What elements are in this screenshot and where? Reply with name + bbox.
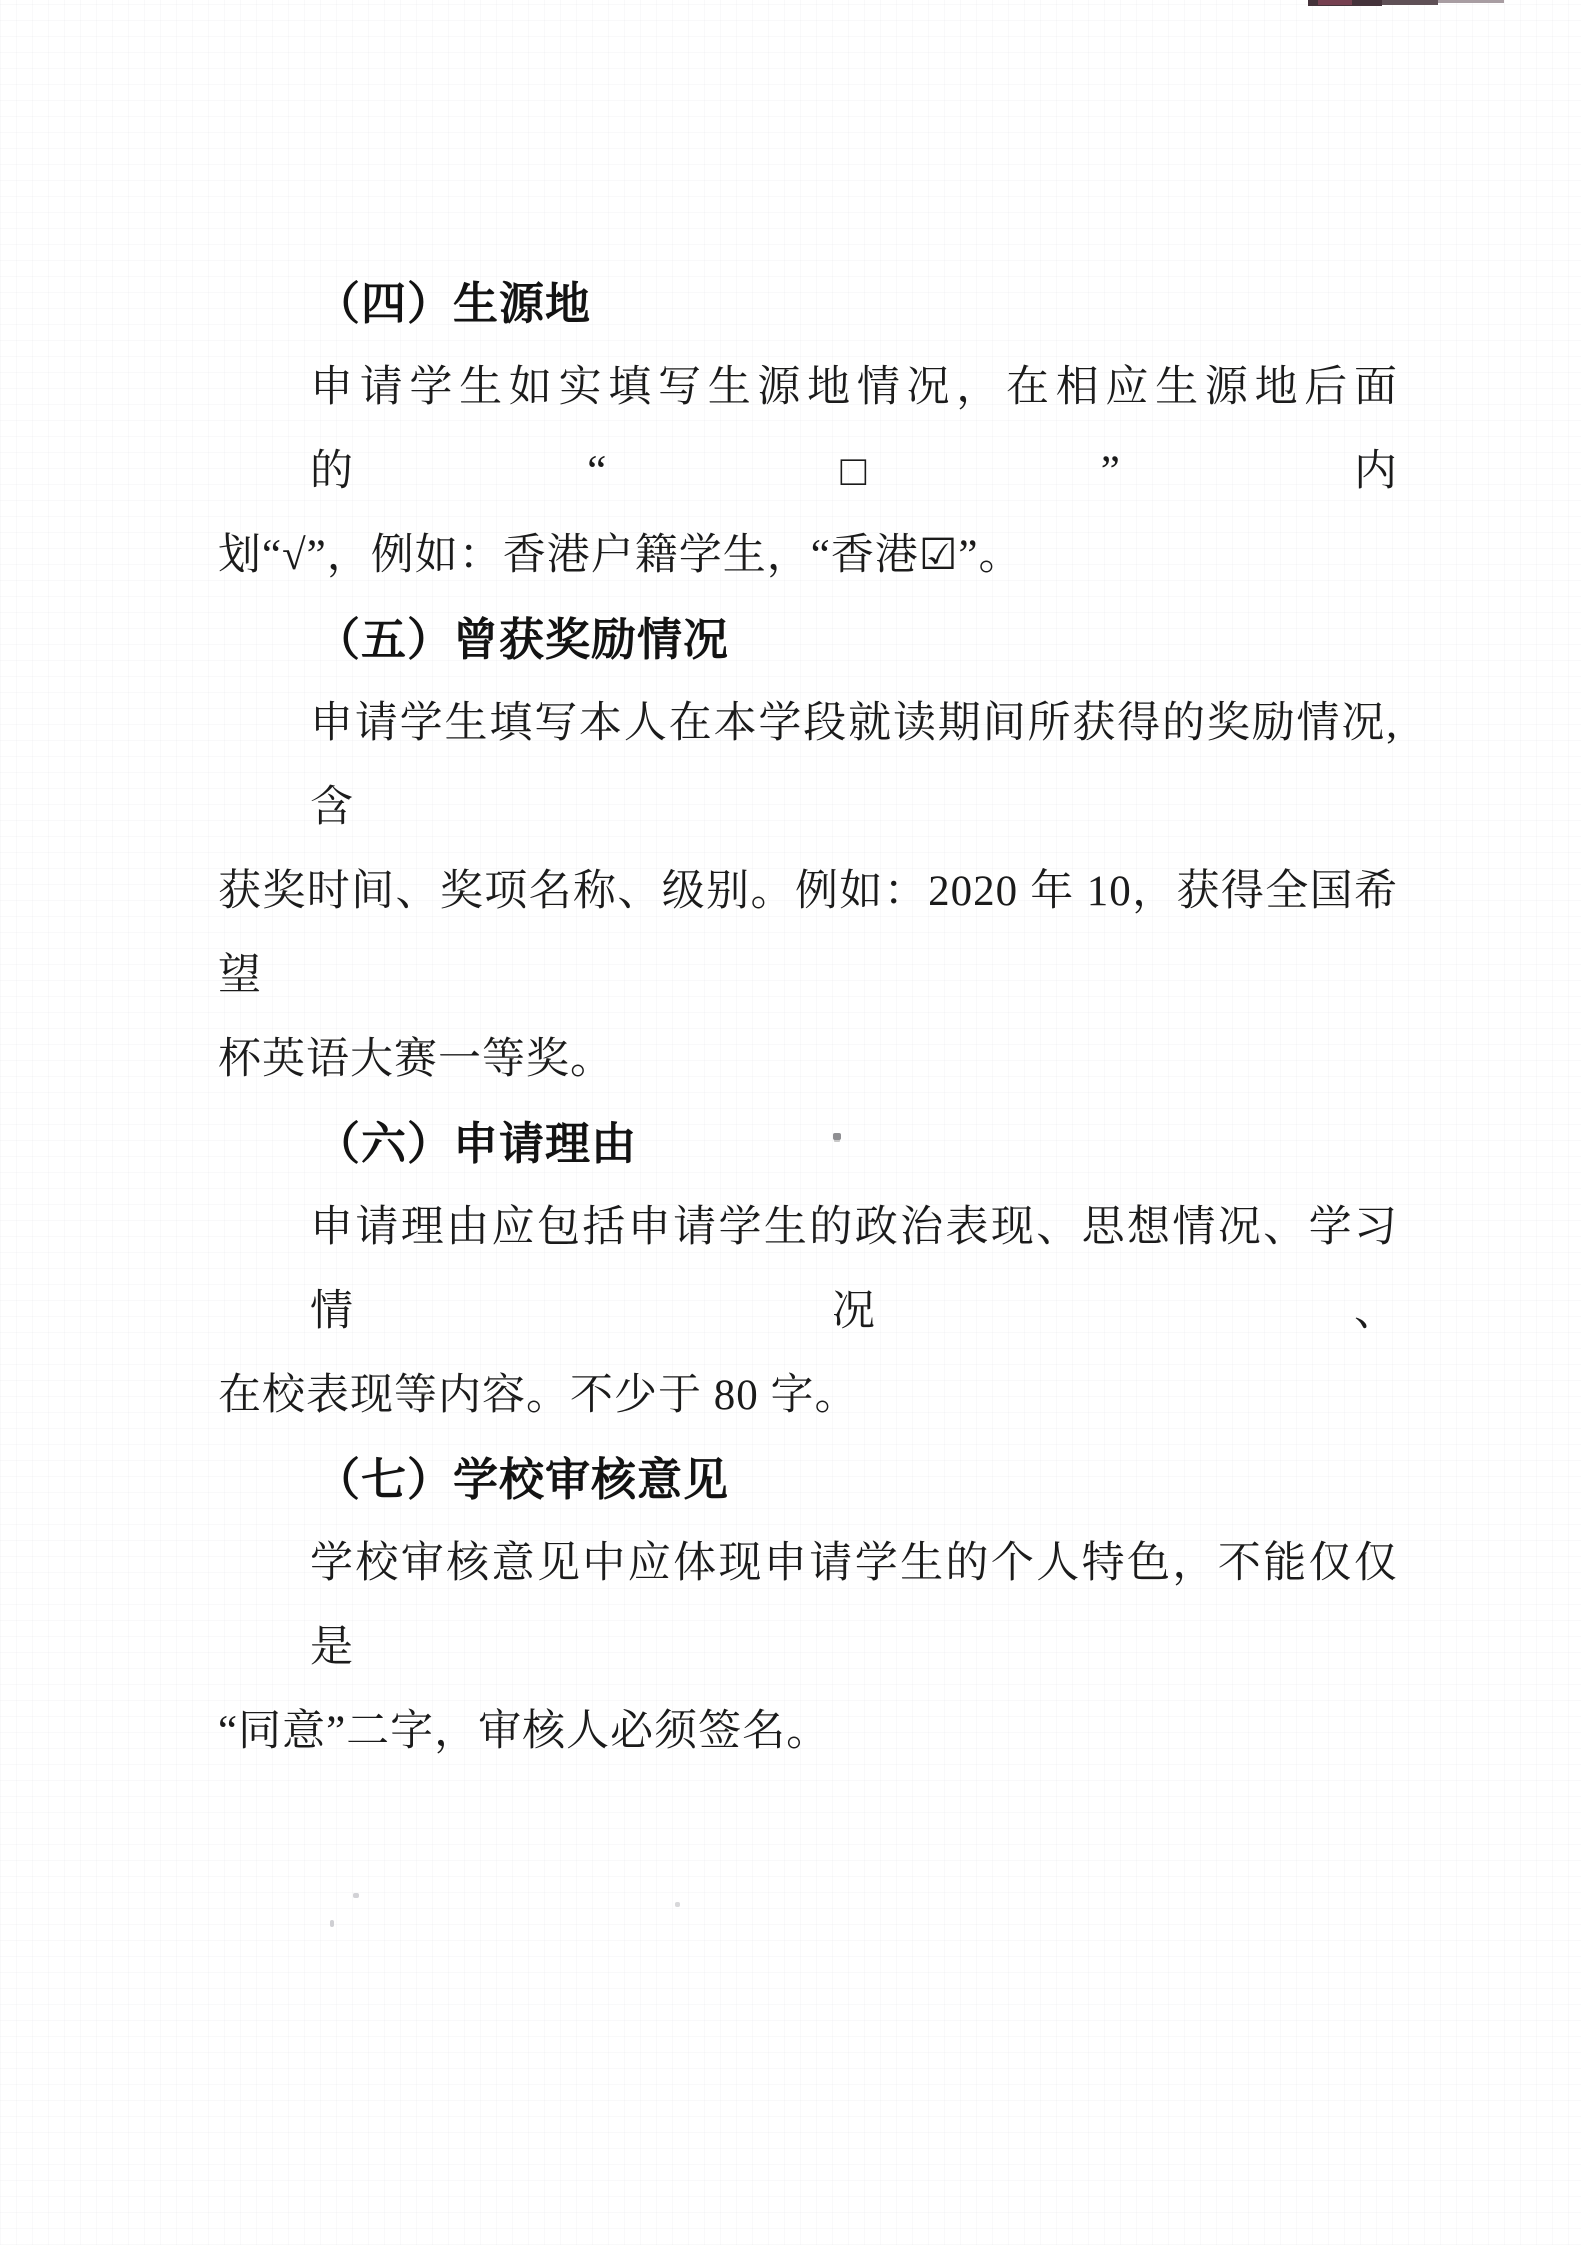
section-heading: （六）申请理由 [218,1102,1398,1186]
scanned-document-page: { "document": { "page_background": "#fff… [0,0,1581,2245]
scan-speck [833,1133,841,1140]
body-line: 获奖时间、奖项名称、级别。例如：2020 年 10，获得全国希望 [218,850,1398,1018]
body-line: 在校表现等内容。不少于 80 字。 [218,1354,1398,1438]
scan-speck [675,1902,680,1907]
document-body: （四）生源地 申请学生如实填写生源地情况，在相应生源地后面的“□”内 划“√”，… [218,262,1398,1774]
section-heading: （五）曾获奖励情况 [218,598,1398,682]
scan-artifact-top-edge [1382,0,1438,5]
section-5-awards: （五）曾获奖励情况 申请学生填写本人在本学段就读期间所获得的奖励情况, 含 获奖… [218,598,1398,1102]
body-line: 学校审核意见中应体现申请学生的个人特色，不能仅仅是 [218,1522,1398,1690]
section-4-shengyuandi: （四）生源地 申请学生如实填写生源地情况，在相应生源地后面的“□”内 划“√”，… [218,262,1398,598]
scan-speck [353,1893,359,1898]
body-line: 杯英语大赛一等奖。 [218,1018,1398,1102]
scan-speck [330,1920,334,1927]
scan-artifact-top-edge-red-tint [1318,0,1352,5]
body-line: “同意”二字，审核人必须签名。 [218,1690,1398,1774]
body-line: 申请学生填写本人在本学段就读期间所获得的奖励情况, 含 [218,682,1398,850]
section-heading: （七）学校审核意见 [218,1438,1398,1522]
body-line: 申请理由应包括申请学生的政治表现、思想情况、学习情况、 [218,1186,1398,1354]
body-line: 申请学生如实填写生源地情况，在相应生源地后面的“□”内 [218,346,1398,514]
section-6-application-reason: （六）申请理由 申请理由应包括申请学生的政治表现、思想情况、学习情况、 在校表现… [218,1102,1398,1438]
body-line: 划“√”，例如：香港户籍学生，“香港☑”。 [218,514,1398,598]
section-7-school-review: （七）学校审核意见 学校审核意见中应体现申请学生的个人特色，不能仅仅是 “同意”… [218,1438,1398,1774]
scan-artifact-top-edge-faint [1438,0,1504,3]
section-heading: （四）生源地 [218,262,1398,346]
